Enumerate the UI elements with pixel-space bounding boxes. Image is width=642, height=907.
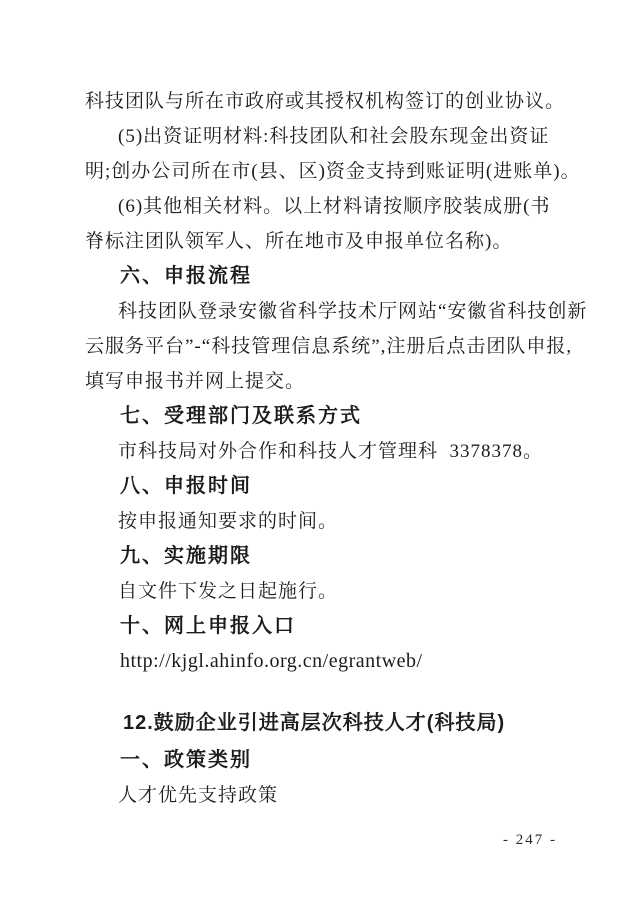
section-heading: 一、政策类别	[85, 743, 577, 778]
paragraph-first-line: 人才优先支持政策	[85, 778, 577, 813]
body-line: 脊标注团队领军人、所在地市及申报单位名称)。	[85, 224, 577, 259]
section-heading: 十、网上申报入口	[85, 609, 577, 644]
chapter-title: 12.鼓励企业引进高层次科技人才(科技局)	[85, 703, 577, 743]
body-line: 云服务平台”-“科技管理信息系统”,注册后点击团队申报,	[85, 329, 577, 364]
document-body: 科技团队与所在市政府或其授权机构签订的创业协议。 (5)出资证明材料:科技团队和…	[85, 84, 577, 813]
section-heading: 九、实施期限	[85, 539, 577, 574]
url-line: http://kjgl.ahinfo.org.cn/egrantweb/	[85, 644, 577, 679]
paragraph-first-line: 按申报通知要求的时间。	[85, 504, 577, 539]
section-heading: 八、申报时间	[85, 469, 577, 504]
body-line: 明;创办公司所在市(县、区)资金支持到账证明(进账单)。	[85, 154, 577, 189]
page-number: - 247 -	[503, 832, 557, 849]
body-line: 科技团队与所在市政府或其授权机构签订的创业协议。	[85, 84, 577, 119]
section-heading: 六、申报流程	[85, 259, 577, 294]
paragraph-first-line: (5)出资证明材料:科技团队和社会股东现金出资证	[85, 119, 577, 154]
paragraph-first-line: (6)其他相关材料。以上材料请按顺序胶装成册(书	[85, 189, 577, 224]
document-page: 科技团队与所在市政府或其授权机构签订的创业协议。 (5)出资证明材料:科技团队和…	[0, 0, 642, 907]
section-heading: 七、受理部门及联系方式	[85, 399, 577, 434]
paragraph-first-line: 市科技局对外合作和科技人才管理科 3378378。	[85, 434, 577, 469]
paragraph-first-line: 自文件下发之日起施行。	[85, 574, 577, 609]
paragraph-first-line: 科技团队登录安徽省科学技术厅网站“安徽省科技创新	[85, 294, 577, 329]
body-line: 填写申报书并网上提交。	[85, 364, 577, 399]
